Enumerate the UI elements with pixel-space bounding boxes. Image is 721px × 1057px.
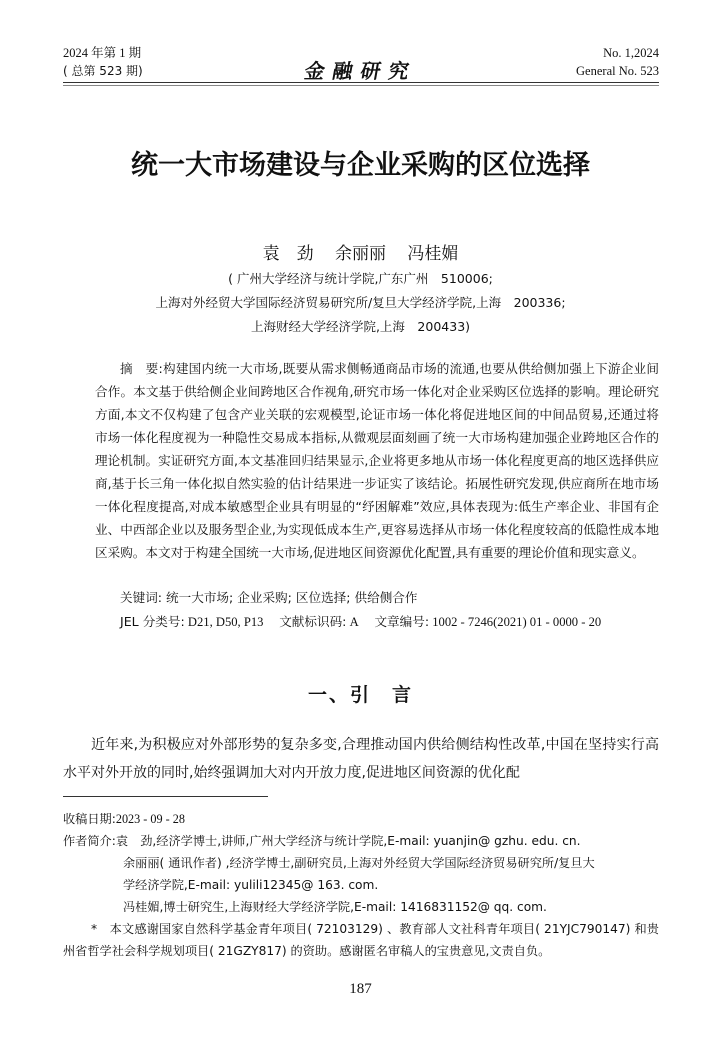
- article-title: 统一大市场建设与企业采购的区位选择: [0, 146, 721, 186]
- total-issue-en: General No. 523: [576, 62, 659, 80]
- keywords-text: 统一大市场; 企业采购; 区位选择; 供给侧合作: [166, 590, 417, 605]
- header-rule-thin: [63, 85, 659, 86]
- bio-author-3: 冯桂媚,博士研究生,上海财经大学经济学院,E-mail: 1416831152@…: [63, 896, 659, 918]
- article-no: 1002 - 7246(2021) 01 - 0000 - 20: [432, 615, 601, 629]
- author-name: 冯桂媚: [407, 244, 458, 264]
- article-no-label: 文章编号:: [374, 614, 429, 629]
- author-name: 袁 劲: [263, 244, 314, 264]
- doc-code: A: [350, 615, 359, 629]
- received-date: 2023 - 09 - 28: [116, 812, 185, 826]
- jel-codes: D21, D50, P13: [188, 615, 264, 629]
- footnotes: 收稿日期:2023 - 09 - 28 作者简介:袁 劲,经济学博士,讲师,广州…: [63, 808, 659, 962]
- abstract-text: 构建国内统一大市场,既要从需求侧畅通商品市场的流通,也要从供给侧加强上下游企业间…: [95, 361, 659, 560]
- bio-label: 作者简介:: [63, 834, 116, 848]
- jel-label: JEL 分类号:: [120, 614, 185, 629]
- author-name: 余丽丽: [335, 244, 386, 264]
- abstract-label: 摘 要:: [120, 361, 163, 376]
- keywords: 关键词: 统一大市场; 企业采购; 区位选择; 供给侧合作: [120, 586, 417, 610]
- affiliation-line: ( 广州大学经济与统计学院,广东广州 510006;: [0, 267, 721, 291]
- bio-author-2: 余丽丽( 通讯作者) ,经济学博士,副研究员,上海对外经贸大学国际经济贸易研究所…: [63, 852, 659, 874]
- affiliations: ( 广州大学经济与统计学院,广东广州 510006; 上海对外经贸大学国际经济贸…: [0, 267, 721, 339]
- keywords-label: 关键词:: [120, 590, 162, 605]
- funding-note: * 本文感谢国家自然科学基金青年项目( 72103129) 、教育部人文社科青年…: [63, 918, 659, 962]
- running-header: 2024 年第 1 期 ( 总第 523 期) 金融研究 No. 1,2024 …: [63, 40, 659, 86]
- affiliation-line: 上海对外经贸大学国际经济贸易研究所/复旦大学经济学院,上海 200336;: [0, 291, 721, 315]
- received-date-line: 收稿日期:2023 - 09 - 28: [63, 808, 659, 830]
- author-list: 袁 劲 余丽丽 冯桂媚: [0, 239, 721, 264]
- affiliation-line: 上海财经大学经济学院,上海 200433): [0, 315, 721, 339]
- header-rule: [63, 82, 659, 83]
- classification-line: JEL 分类号: D21, D50, P13 文献标识码: A 文章编号: 10…: [120, 610, 601, 634]
- bio-line: 作者简介:袁 劲,经济学博士,讲师,广州大学经济与统计学院,E-mail: yu…: [63, 830, 659, 852]
- section-heading: 一、引 言: [0, 680, 721, 707]
- journal-name: 金融研究: [60, 55, 661, 84]
- bio-author-2-cont: 学经济学院,E-mail: yulili12345@ 163. com.: [63, 874, 659, 896]
- bio-author-1: 袁 劲,经济学博士,讲师,广州大学经济与统计学院,E-mail: yuanjin…: [116, 834, 581, 848]
- issue-en: No. 1,2024: [576, 44, 659, 62]
- abstract: 摘 要:构建国内统一大市场,既要从需求侧畅通商品市场的流通,也要从供给侧加强上下…: [95, 357, 659, 564]
- page-number: 187: [0, 981, 721, 998]
- received-label: 收稿日期:: [63, 812, 116, 826]
- header-issue-en: No. 1,2024 General No. 523: [576, 44, 659, 80]
- footnote-divider: [63, 796, 268, 797]
- doc-code-label: 文献标识码:: [279, 614, 346, 629]
- body-paragraph: 近年来,为积极应对外部形势的复杂多变,合理推动国内供给侧结构性改革,中国在坚持实…: [63, 731, 659, 787]
